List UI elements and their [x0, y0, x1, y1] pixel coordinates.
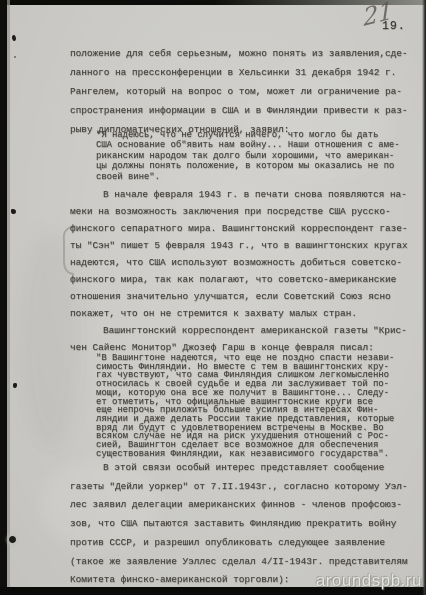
text-line: ланного на прессконференции в Хельсинки … [70, 63, 408, 82]
ink-speck [14, 56, 16, 58]
block-quote-harsch: "В Вашингтоне надеются, что еще не поздн… [96, 354, 394, 458]
watermark-aroundspb: aroundspb.ru [316, 571, 422, 591]
text-line: "Я надеюсь, что не случится ничего, что … [96, 130, 400, 140]
text-line: надеются, что США используют возможность… [70, 254, 408, 271]
hole-punch-mark [9, 536, 16, 543]
text-line: меки на возможность заключения при посре… [70, 203, 408, 220]
text-line: покажет, что он не стремится к захвату м… [70, 305, 408, 322]
text-line: цы должны понять положение, в котором мы… [96, 161, 400, 171]
paragraph-continuation: положение для себя серьезным, можно поня… [70, 44, 408, 139]
text-line: В начале февраля 1943 г. в печати снова … [70, 186, 408, 203]
text-line: финского сепаратного мира. Вашингтонский… [70, 220, 408, 237]
text-line: положение для себя серьезным, можно поня… [70, 44, 408, 63]
ink-speck [11, 209, 16, 214]
paragraph-csm-correspondent: Вашингтонский корреспондент американской… [70, 322, 407, 356]
text-line: риканским народом так долго были хорошим… [96, 151, 400, 161]
text-line: США основание об"явить нам войну... Наши… [96, 140, 400, 150]
text-line: (такое же заявление Уэллес сделал 4/II-1… [70, 553, 408, 572]
block-quote-rangell: "Я надеюсь, что не случится ничего, что … [96, 130, 400, 182]
scan-edge-left [0, 0, 7, 595]
text-line: ты "Сэн" пишет 5 февраля 1943 г., что в … [70, 237, 408, 254]
text-line: лес заявил делегации американских финнов… [70, 496, 408, 515]
text-line: отношения значительно улучшатся, если Со… [70, 288, 408, 305]
text-line: спространения информации в США и в Финля… [70, 101, 408, 120]
text-line: В этой связи особый интерес представляет… [70, 459, 408, 478]
page-edge-shadow [7, 0, 10, 595]
text-line: существования Финляндии, как независимог… [96, 450, 394, 459]
scanned-document-page: 21 19. положение для себя серьезным, мож… [0, 0, 426, 595]
text-line: Рангелем, который на вопрос о том, может… [70, 82, 408, 101]
scan-edge-right [422, 0, 426, 595]
text-line: против СССР, и разрешил опубликовать сле… [70, 534, 408, 553]
text-line: зов, что США пытаются заставить Финлянди… [70, 515, 408, 534]
paragraph-february-1943: В начале февраля 1943 г. в печати снова … [70, 186, 408, 322]
text-line: своей вине". [96, 172, 400, 182]
typed-page-number: 19. [382, 20, 406, 33]
text-line: газеты "Дейли уоркер" от 7.II.1943г., со… [70, 478, 408, 497]
text-line: финского мира, так как полагают, что сов… [70, 271, 408, 288]
text-line: Вашингтонский корреспондент американской… [70, 322, 407, 339]
